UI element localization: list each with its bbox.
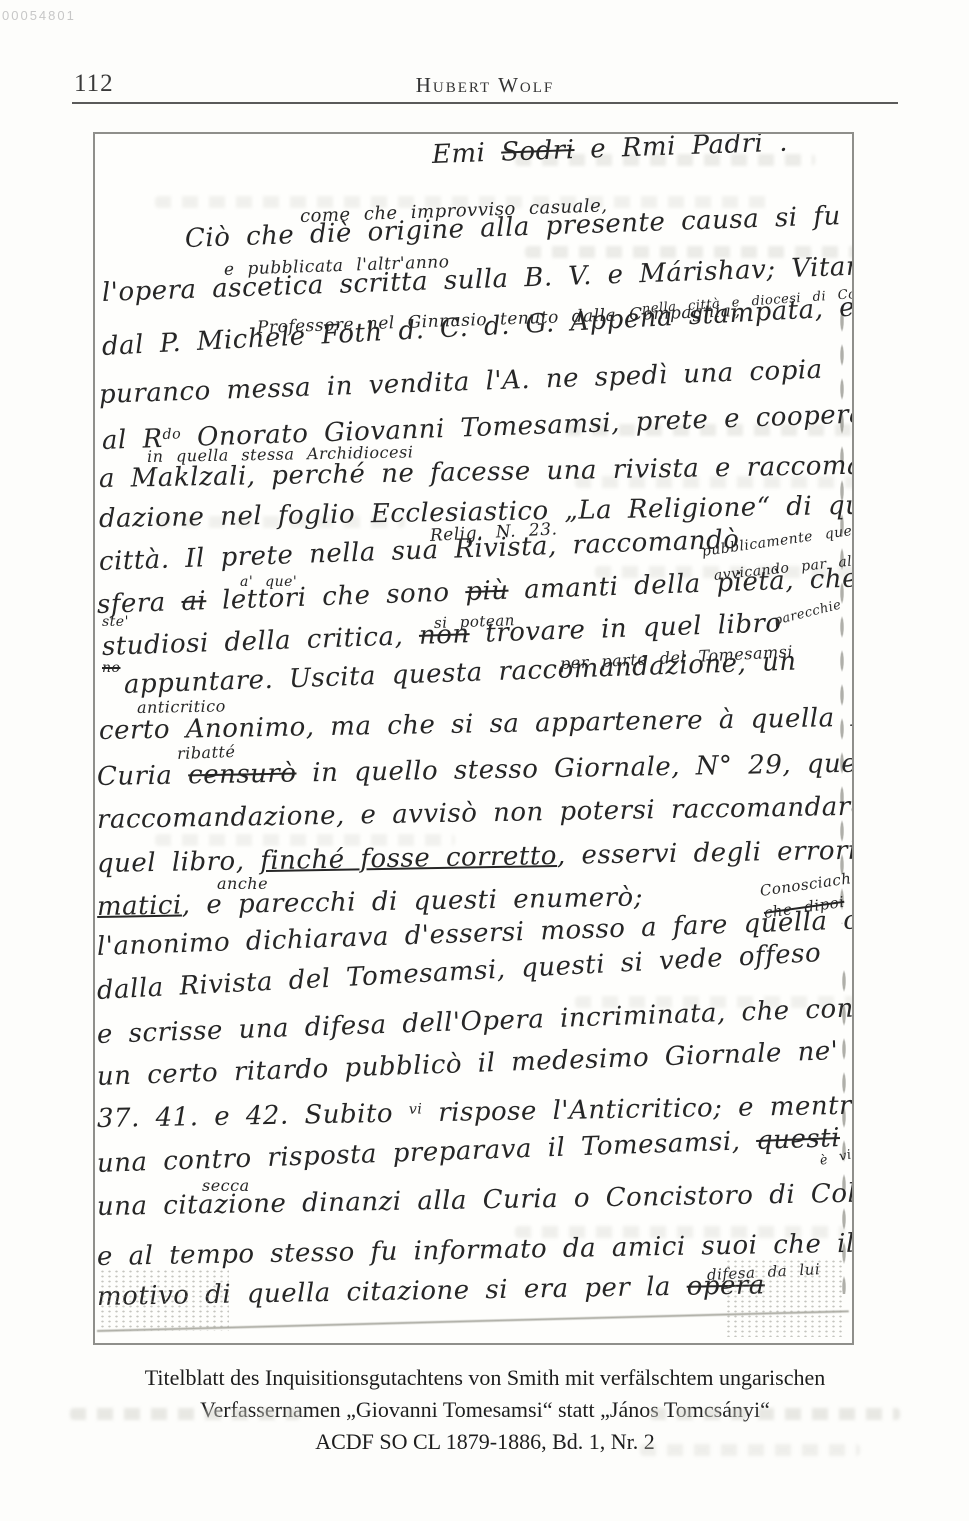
bleed-through-ghost <box>640 1444 860 1456</box>
facsimile-frame: Emi Sodri e Rmi Padri .come che improvvi… <box>93 132 854 1345</box>
scan-speckles <box>99 1269 229 1331</box>
manuscript-segment: censurò <box>188 759 297 791</box>
manuscript-segment: , esservi degli errori <box>557 835 854 871</box>
manuscript-segment: do <box>162 426 181 443</box>
edge-ink-marks <box>839 304 846 924</box>
header-rule <box>72 102 898 104</box>
manuscript-segment: rispose l'Anticritico; e mentre <box>422 1091 854 1129</box>
manuscript-line: ste' <box>102 614 129 630</box>
book-page-scan: 00054801 112 Hubert Wolf Emi Sodri e Rmi… <box>0 0 969 1521</box>
manuscript-segment: trovare in quel libro <box>469 608 782 649</box>
manuscript-segment: 37. 41. e 42. Subito <box>97 1099 409 1134</box>
bleed-through-ghost <box>70 1408 300 1420</box>
manuscript-segment: non <box>418 619 470 651</box>
manuscript-segment: più <box>465 576 509 607</box>
manuscript-segment: ai <box>181 586 207 617</box>
manuscript-segment: matici <box>97 891 182 922</box>
manuscript-segment: Sodri <box>501 135 575 168</box>
manuscript-segment: puranco messa in vendita l'A. ne spedì u… <box>98 355 823 410</box>
manuscript-segment: in quello stesso Giornale, N° 29, quella <box>296 748 854 788</box>
manuscript-line: no <box>102 660 120 676</box>
manuscript-segment: vi <box>409 1101 423 1117</box>
manuscript-segment: ste' <box>102 614 129 630</box>
caption-line-1: Titelblatt des Inquisitionsgutachtens vo… <box>60 1362 910 1394</box>
manuscript-segment: amanti della pietà, che <box>508 563 854 605</box>
bleed-through-ghost <box>650 1408 900 1420</box>
manuscript-line: puranco messa in vendita l'A. ne spedì u… <box>98 355 823 410</box>
manuscript-segment: studiosi della critica, <box>101 621 419 662</box>
manuscript-segment: una contro risposta preparava il Tomesam… <box>96 1126 756 1179</box>
manuscript-segment: raccomandazione, e avvisò non potersi ra… <box>97 792 854 835</box>
manuscript-segment: Curia <box>97 760 189 792</box>
manuscript-line: raccomandazione, e avvisò non potersi ra… <box>97 792 854 835</box>
manuscript-segment: Emi <box>431 138 501 170</box>
manuscript-segment: no <box>102 660 120 676</box>
manuscript-segment: finché fosse corretto <box>260 841 557 876</box>
running-head: Hubert Wolf <box>72 73 898 98</box>
scan-id-stamp: 00054801 <box>2 8 76 23</box>
scan-speckles <box>725 1259 845 1337</box>
